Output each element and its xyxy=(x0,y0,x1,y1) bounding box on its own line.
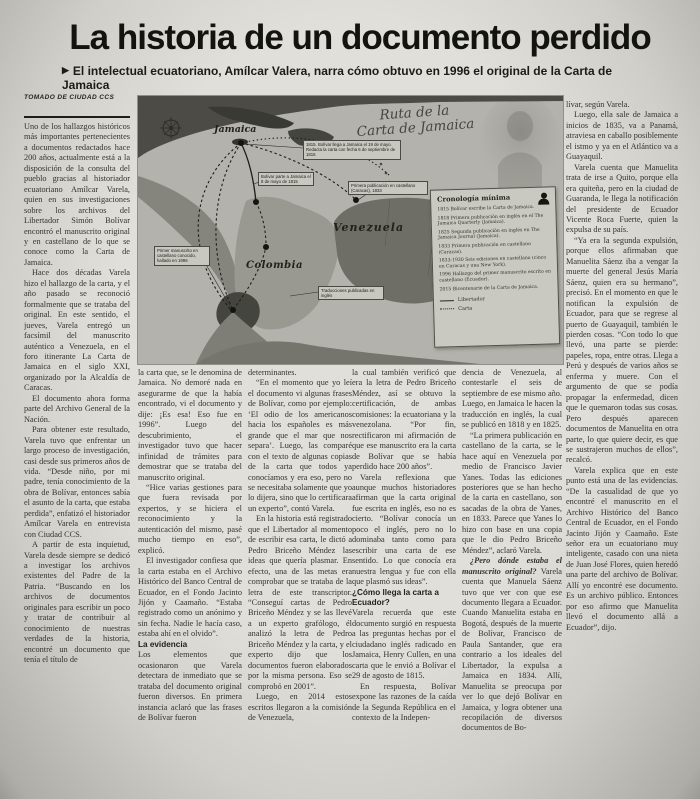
chronology-title: Cronología mínima xyxy=(437,192,549,203)
source-credit: TOMADO DE CIUDAD CCS xyxy=(24,94,134,101)
article-paragraph: Varela cuenta que Manuelita trata de irs… xyxy=(566,163,678,236)
article-paragraph: “En el momento que yo leí el documento v… xyxy=(248,378,352,514)
article-paragraph: “Hice varias gestiones para que fuera re… xyxy=(138,483,242,556)
label-colombia: Colombia xyxy=(246,260,303,271)
article-column-1: Uno de los hallazgos históricos más impo… xyxy=(24,122,130,794)
article-paragraph: Hace dos décadas Varela hizo el hallazgo… xyxy=(24,268,130,393)
article-column-6: lívar, según Varela. Luego, ella sale de… xyxy=(566,100,678,794)
map-callout-departure: Bolívar parte a Jamaica el 8 de mayo de … xyxy=(258,172,314,186)
chronology-item: 1833-1930 Seis ediciones en castellano (… xyxy=(439,256,551,270)
chronology-item: 1825 Segunda publicación en inglés en Th… xyxy=(438,227,550,241)
article-paragraph: lívar, según Varela. xyxy=(566,100,678,110)
legend-dotted-line xyxy=(440,308,454,309)
section-subhead: La evidencia xyxy=(138,640,242,650)
newspaper-page: La historia de un documento perdido ▶El … xyxy=(0,0,700,799)
article-paragraph: Luego, ella sale de Jamaica a inicios de… xyxy=(566,110,678,162)
article-column-4: la cual también verificó que era la letr… xyxy=(352,368,456,794)
page-title: La historia de un documento perdido xyxy=(60,18,660,58)
article-paragraph: ¿Pero dónde estaba el manuscrito origina… xyxy=(462,556,562,734)
article-column-2: la carta que, se le denomina de Jamaica.… xyxy=(138,368,242,794)
chronology-item: 1833 Primera publicación en castellano (… xyxy=(438,242,550,256)
chronology-item: 1818 Primera publicación en inglés en el… xyxy=(438,213,550,227)
article-paragraph: “Ya era la segunda expulsión, porque ell… xyxy=(566,236,678,466)
newspaper-scan: La historia de un documento perdido ▶El … xyxy=(0,0,700,799)
article-paragraph: Varela recuerda que este documento surgi… xyxy=(352,608,456,681)
route-map: Ruta de la Carta de Jamaica Jamaica Vene… xyxy=(138,96,563,364)
article-paragraph: Para obtener este resultado, Varela tuvo… xyxy=(24,425,130,540)
article-paragraph: Varela reflexiona que aunque muchos hist… xyxy=(352,473,456,588)
article-paragraph: la carta que, se le denomina de Jamaica.… xyxy=(138,368,242,483)
article-paragraph: Los elementos que ocasionaron que Varela… xyxy=(138,650,242,723)
article-paragraph: Uno de los hallazgos históricos más impo… xyxy=(24,122,130,268)
chronology-item: 1996 Hallazgo del primer manuscrito escr… xyxy=(439,270,551,284)
article-column-3: determinantes. “En el momento que yo leí… xyxy=(248,368,352,794)
map-legend: Libertador Carta xyxy=(440,295,552,313)
article-paragraph: dencia de Venezuela, al contestarle el s… xyxy=(462,368,562,431)
map-callout-first-spanish-publication: Primera publicación en castellano (Carac… xyxy=(348,181,428,195)
article-paragraph: El investigador confiesa que la carta es… xyxy=(138,556,242,640)
legend-label-carta: Carta xyxy=(458,305,472,311)
article-paragraph: Luego, en 2014 estos escritos llegaron a… xyxy=(248,692,352,723)
play-marker-icon: ▶ xyxy=(62,65,69,75)
article-deck: ▶El intelectual ecuatoriano, Amílcar Val… xyxy=(62,64,662,92)
chronology-item: 2015 Bicentenario de la Carta de Jamaica… xyxy=(440,284,552,293)
label-venezuela: Venezuela xyxy=(333,221,404,234)
legend-solid-line xyxy=(440,300,454,301)
map-callout-manuscript-found: Primer manuscrito en castellano conocido… xyxy=(154,246,210,266)
bolivar-silhouette-icon xyxy=(538,192,549,204)
article-paragraph: El documento ahora forma parte del Archi… xyxy=(24,394,130,425)
map-callout-english-translations: Traducciones publicadas en inglés xyxy=(318,286,384,300)
article-paragraph: la cual también verificó que era la letr… xyxy=(352,368,456,473)
chronology-item: 1815 Bolívar escribe la Carta de Jamaica… xyxy=(437,204,549,213)
article-paragraph: Varela explica que en este punto está un… xyxy=(566,466,678,633)
label-jamaica: Jamaica xyxy=(214,124,256,135)
legend-label-libertador: Libertador xyxy=(458,296,485,303)
deck-text: El intelectual ecuatoriano, Amílcar Vale… xyxy=(62,64,612,92)
article-paragraph: A partir de esta inquietud, Varela desde… xyxy=(24,540,130,665)
bolivar-portrait xyxy=(480,96,560,190)
section-subhead: ¿Cómo llega la carta a Ecuador? xyxy=(352,588,456,609)
central-america-land xyxy=(138,176,243,297)
article-paragraph: En respuesta, Bolívar expone las razones… xyxy=(352,682,456,724)
article-paragraph: “La primera publicación en castellano de… xyxy=(462,431,562,556)
column-rule xyxy=(24,116,130,118)
article-column-5: dencia de Venezuela, al contestarle el s… xyxy=(462,368,562,794)
article-paragraph: En la historia está registrado que el Li… xyxy=(248,514,352,692)
map-callout-jamaica-arrival: 1815. Bolívar llega a Jamaica el 19 de m… xyxy=(303,140,401,160)
chronology-panel: Cronología mínima 1815 Bolívar escribe l… xyxy=(430,186,560,347)
article-paragraph: determinantes. xyxy=(248,368,352,378)
route-libertador-solid xyxy=(241,143,256,202)
article-paragraph-rest: Varela cuenta que Manuela Sáenz tuvo que… xyxy=(462,567,562,733)
